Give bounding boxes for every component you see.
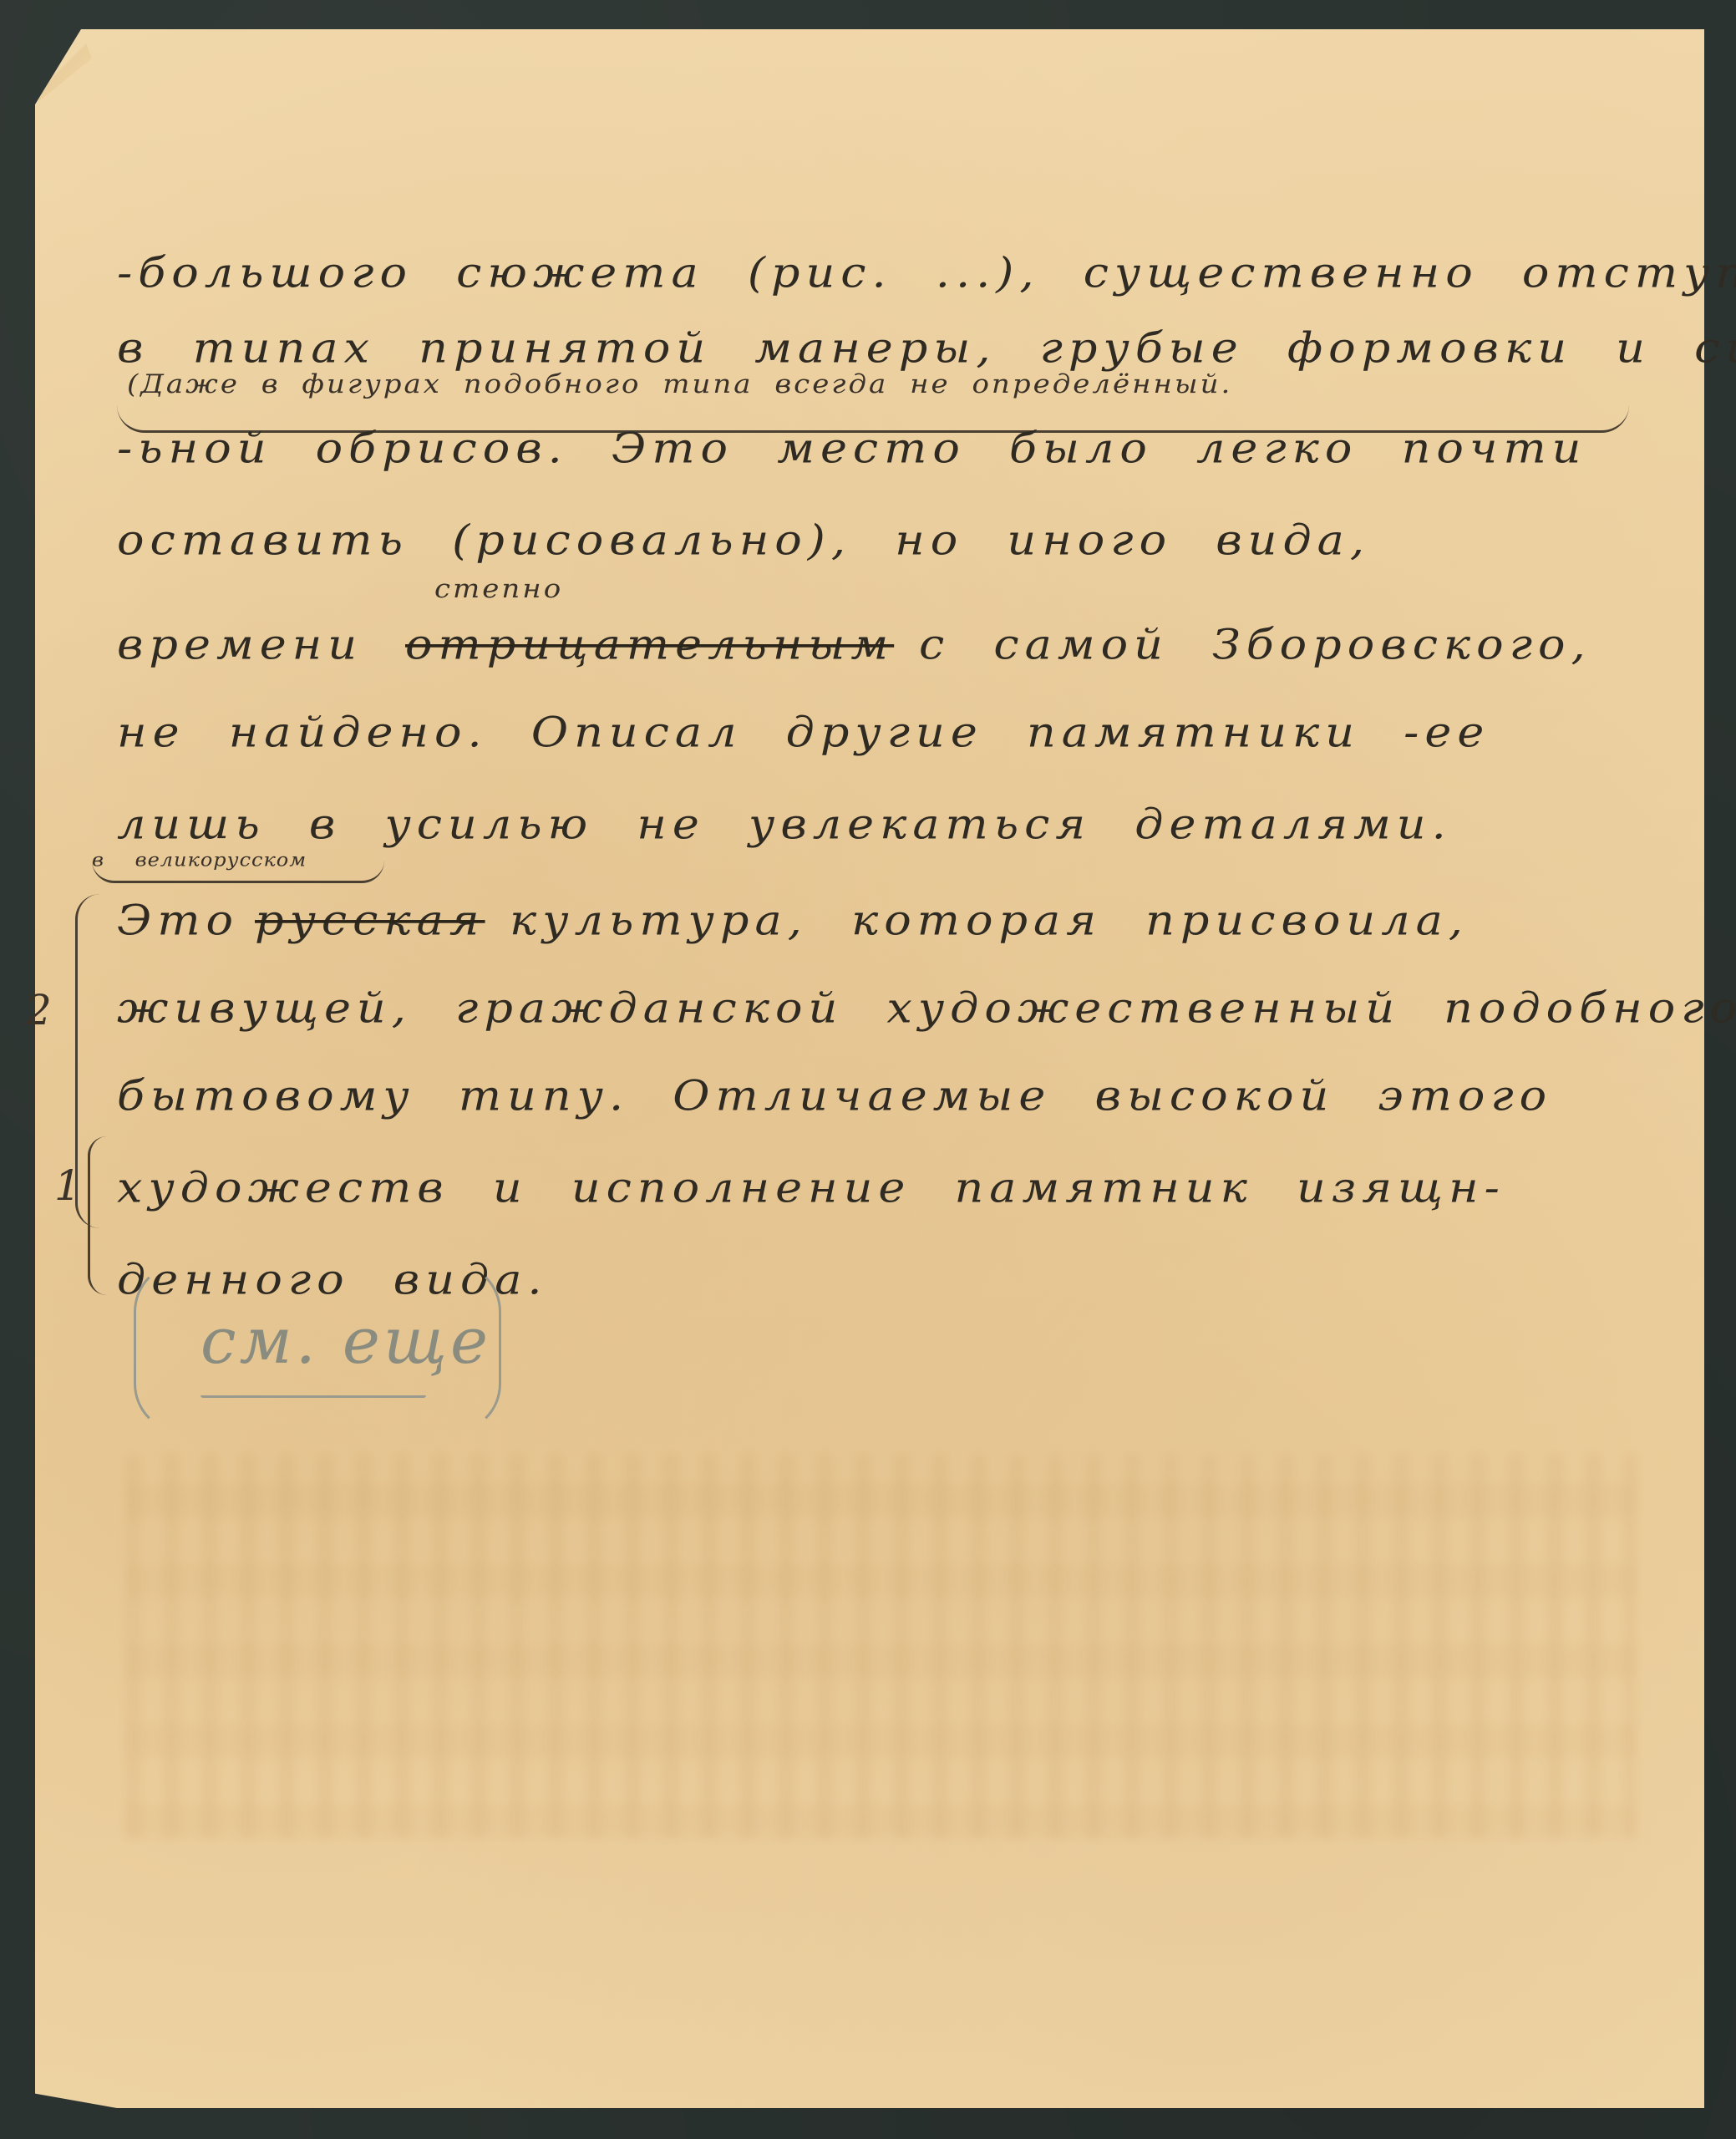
manuscript-line-13: художеств и исполнение памятник изящн- bbox=[117, 1164, 1505, 1212]
manuscript-line-7-start: времени bbox=[117, 621, 363, 669]
ink-bleed-through bbox=[125, 1454, 1636, 1838]
margin-number-2: 2 bbox=[25, 986, 52, 1034]
struck-out-word-2: русская bbox=[255, 897, 485, 945]
pencil-note-underline bbox=[201, 1395, 426, 1398]
manuscript-line-9: лишь в усилью не увлекаться деталями. bbox=[117, 800, 1452, 849]
manuscript-interlinear-note: (Даже в фигурах подобного типа всегда не… bbox=[127, 369, 1232, 400]
manuscript-line-10-end: культура, которая присвоила, bbox=[510, 897, 1469, 945]
manuscript-line-5: оставить (рисовально), но иного вида, bbox=[117, 516, 1370, 565]
pencil-left-parenthesis bbox=[134, 1262, 189, 1434]
insertion-underline bbox=[92, 861, 384, 883]
manuscript-line-12: бытовому типу. Отличаемые высокой этого bbox=[117, 1072, 1552, 1120]
struck-out-word: отрицательным bbox=[405, 621, 894, 669]
pencil-right-parenthesis bbox=[446, 1262, 501, 1434]
margin-bracket-lower bbox=[88, 1136, 107, 1295]
manuscript-line-1: -большого сюжета (рис. ...), существенно… bbox=[117, 249, 1736, 297]
manuscript-line-2: в типах принятой манеры, грубые формовки… bbox=[117, 324, 1736, 373]
manuscript-line-10-start: Это bbox=[117, 897, 239, 945]
manuscript-insertion-above: степно bbox=[434, 574, 563, 605]
manuscript-line-8: не найдено. Описал другие памятники -ее bbox=[117, 709, 1490, 757]
manuscript-line-7-end: с самой Зборовского, bbox=[919, 621, 1591, 669]
manuscript-line-4: -ьной обрисов. Это место было легко почт… bbox=[117, 424, 1586, 473]
manuscript-line-11: живущей, гражданской художественный подо… bbox=[117, 984, 1736, 1033]
pencil-annotation: см. еще bbox=[134, 1262, 501, 1437]
margin-number-1: 1 bbox=[54, 1161, 81, 1210]
